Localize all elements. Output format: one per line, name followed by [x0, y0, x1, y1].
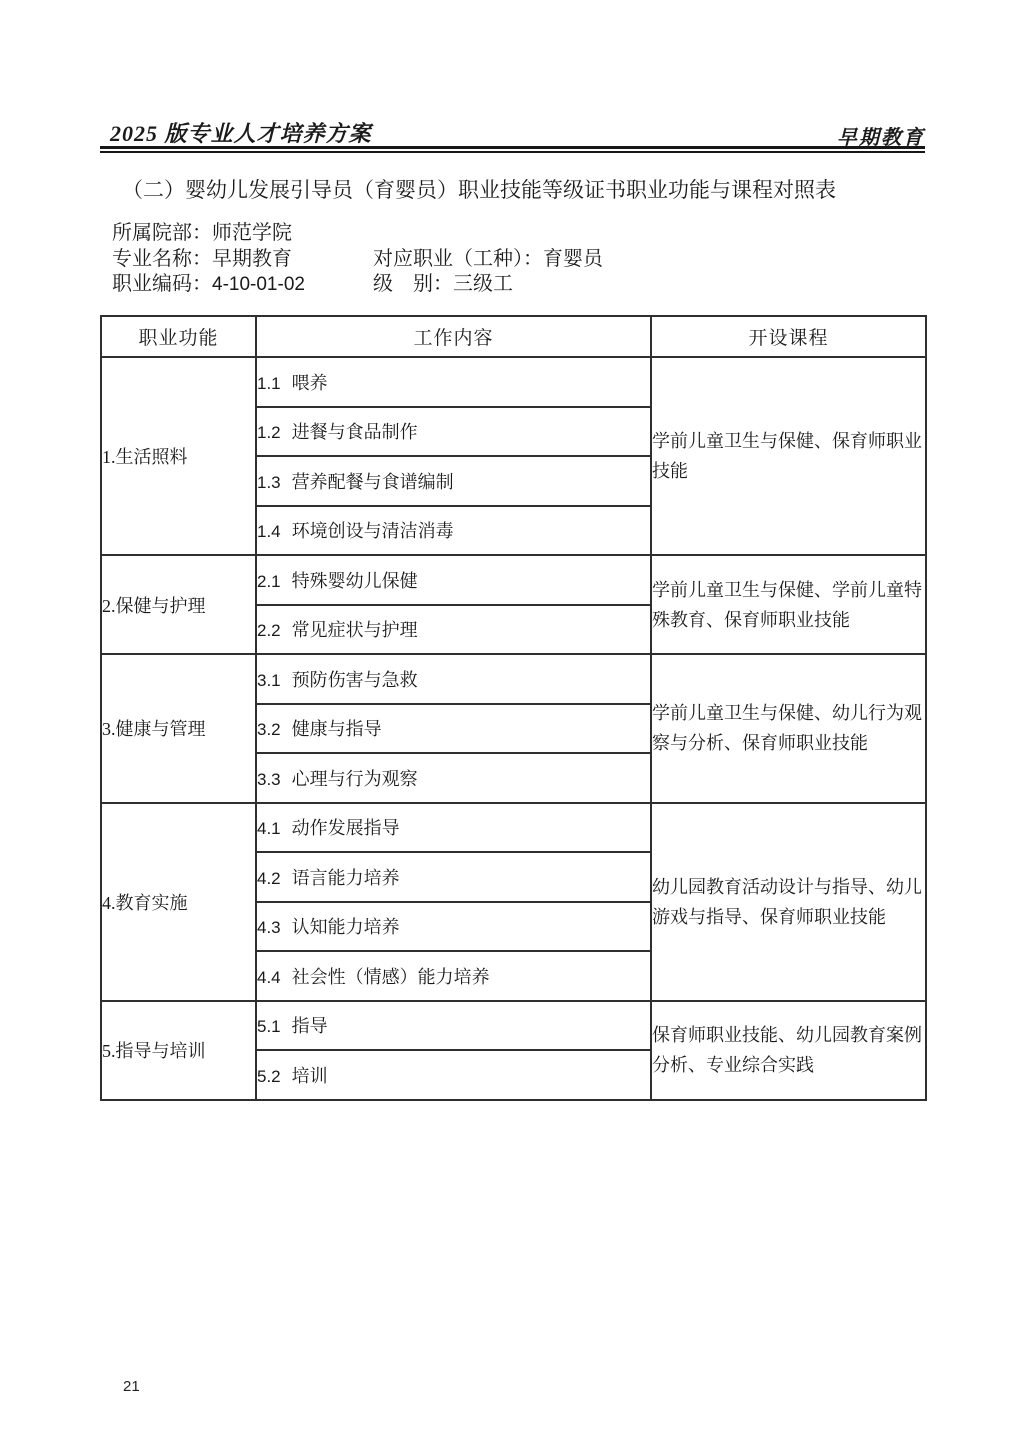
function-cell: 2.保健与护理 [101, 555, 256, 654]
table-header-row: 职业功能 工作内容 开设课程 [101, 316, 926, 357]
task-cell: 1.1喂养 [256, 357, 651, 407]
task-number: 1.3 [257, 473, 281, 492]
major-label: 专业名称： [112, 248, 212, 270]
task-number: 5.2 [257, 1067, 281, 1086]
level-label: 级 别： [373, 273, 453, 295]
task-cell: 4.3认知能力培养 [256, 902, 651, 952]
page-number: 21 [123, 1378, 140, 1395]
table-row: 2.保健与护理 2.1特殊婴幼儿保健 学前儿童卫生与保健、学前儿童特殊教育、保育… [101, 555, 926, 605]
task-text: 动作发展指导 [292, 818, 400, 838]
document-page: 2025 版专业人才培养方案 早期教育 （二）婴幼儿发展引导员（育婴员）职业技能… [0, 0, 1024, 1448]
column-header-tasks: 工作内容 [256, 316, 651, 357]
task-number: 3.2 [257, 720, 281, 739]
function-cell: 1.生活照料 [101, 357, 256, 555]
task-cell: 4.1动作发展指导 [256, 803, 651, 853]
course-cell: 学前儿童卫生与保健、学前儿童特殊教育、保育师职业技能 [651, 555, 926, 654]
task-number: 4.2 [257, 869, 281, 888]
task-text: 特殊婴幼儿保健 [292, 571, 418, 591]
task-cell: 3.3心理与行为观察 [256, 753, 651, 803]
task-text: 认知能力培养 [292, 917, 400, 937]
meta-line-code: 职业编码：4-10-01-02 级 别：三级工 [112, 272, 305, 298]
task-cell: 1.3营养配餐与食谱编制 [256, 456, 651, 506]
task-number: 2.2 [257, 621, 281, 640]
task-text: 喂养 [292, 373, 328, 393]
running-header-left: 2025 版专业人才培养方案 [110, 117, 372, 148]
task-cell: 4.4社会性（情感）能力培养 [256, 951, 651, 1001]
table-row: 4.教育实施 4.1动作发展指导 幼儿园教育活动设计与指导、幼儿游戏与指导、保育… [101, 803, 926, 853]
task-number: 2.1 [257, 572, 281, 591]
course-cell: 学前儿童卫生与保健、保育师职业技能 [651, 357, 926, 555]
task-cell: 1.2进餐与食品制作 [256, 407, 651, 457]
task-cell: 4.2语言能力培养 [256, 852, 651, 902]
occupation-value: 育婴员 [543, 248, 603, 270]
code-value: 4-10-01-02 [212, 274, 305, 295]
code-label: 职业编码： [112, 273, 212, 295]
table-row: 5.指导与培训 5.1指导 保育师职业技能、幼儿园教育案例分析、专业综合实践 [101, 1001, 926, 1051]
function-cell: 4.教育实施 [101, 803, 256, 1001]
task-text: 社会性（情感）能力培养 [292, 967, 490, 987]
task-text: 指导 [292, 1016, 328, 1036]
function-course-table: 职业功能 工作内容 开设课程 1.生活照料 1.1喂养 学前儿童卫生与保健、保育… [100, 315, 927, 1101]
task-number: 4.3 [257, 918, 281, 937]
level-value: 三级工 [453, 273, 513, 295]
function-cell: 5.指导与培训 [101, 1001, 256, 1100]
task-text: 健康与指导 [292, 719, 382, 739]
task-text: 环境创设与清洁消毒 [292, 521, 454, 541]
major-value: 早期教育 [212, 248, 292, 270]
task-text: 进餐与食品制作 [292, 422, 418, 442]
section-title: （二）婴幼儿发展引导员（育婴员）职业技能等级证书职业功能与课程对照表 [122, 174, 836, 204]
task-number: 4.1 [257, 819, 281, 838]
task-cell: 2.1特殊婴幼儿保健 [256, 555, 651, 605]
task-cell: 3.2健康与指导 [256, 704, 651, 754]
column-header-function: 职业功能 [101, 316, 256, 357]
course-cell: 保育师职业技能、幼儿园教育案例分析、专业综合实践 [651, 1001, 926, 1100]
header-double-rule [100, 146, 925, 153]
task-number: 3.1 [257, 671, 281, 690]
task-text: 预防伤害与急救 [292, 670, 418, 690]
occupation-pair: 对应职业（工种）：育婴员 [373, 247, 603, 273]
column-header-courses: 开设课程 [651, 316, 926, 357]
meta-line-major: 专业名称：早期教育 对应职业（工种）：育婴员 [112, 247, 305, 273]
course-cell: 幼儿园教育活动设计与指导、幼儿游戏与指导、保育师职业技能 [651, 803, 926, 1001]
task-cell: 5.2培训 [256, 1050, 651, 1100]
department-value: 师范学院 [212, 222, 292, 244]
course-cell: 学前儿童卫生与保健、幼儿行为观察与分析、保育师职业技能 [651, 654, 926, 803]
task-cell: 2.2常见症状与护理 [256, 605, 651, 655]
task-number: 3.3 [257, 770, 281, 789]
task-cell: 3.1预防伤害与急救 [256, 654, 651, 704]
task-text: 常见症状与护理 [292, 620, 418, 640]
task-text: 语言能力培养 [292, 868, 400, 888]
meta-block: 所属院部：师范学院 专业名称：早期教育 对应职业（工种）：育婴员 职业编码：4-… [112, 221, 305, 298]
task-number: 4.4 [257, 968, 281, 987]
task-number: 5.1 [257, 1017, 281, 1036]
task-number: 1.2 [257, 423, 281, 442]
task-cell: 5.1指导 [256, 1001, 651, 1051]
task-cell: 1.4环境创设与清洁消毒 [256, 506, 651, 556]
function-cell: 3.健康与管理 [101, 654, 256, 803]
task-number: 1.4 [257, 522, 281, 541]
occupation-label: 对应职业（工种）： [373, 248, 543, 270]
table-row: 1.生活照料 1.1喂养 学前儿童卫生与保健、保育师职业技能 [101, 357, 926, 407]
level-pair: 级 别：三级工 [373, 272, 513, 298]
task-text: 心理与行为观察 [292, 769, 418, 789]
table-row: 3.健康与管理 3.1预防伤害与急救 学前儿童卫生与保健、幼儿行为观察与分析、保… [101, 654, 926, 704]
department-label: 所属院部： [112, 222, 212, 244]
meta-line-department: 所属院部：师范学院 [112, 221, 305, 247]
task-number: 1.1 [257, 374, 281, 393]
task-text: 培训 [292, 1066, 328, 1086]
task-text: 营养配餐与食谱编制 [292, 472, 454, 492]
